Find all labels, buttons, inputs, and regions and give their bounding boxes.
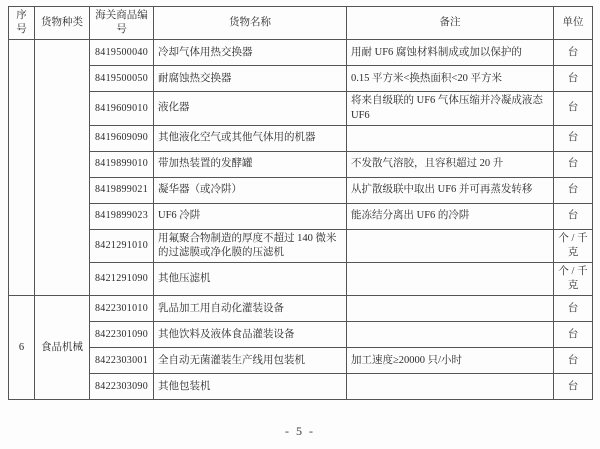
code-cell: 8419609010 xyxy=(90,92,154,125)
page-number: - 5 - xyxy=(0,424,600,439)
table-row: 8421291090 其他压滤机 个 / 千克 xyxy=(9,263,593,296)
seq-cell: 6 xyxy=(9,296,35,400)
document-page: 序号 货物种类 海关商品编号 货物名称 备注 单位 8419500040 冷却气… xyxy=(0,0,600,449)
code-cell: 8422301010 xyxy=(90,296,154,322)
name-cell: UF6 冷阱 xyxy=(154,203,347,229)
name-cell: 带加热装置的发酵罐 xyxy=(154,151,347,177)
name-cell: 乳品加工用自动化灌装设备 xyxy=(154,296,347,322)
unit-cell: 台 xyxy=(554,66,593,92)
remark-cell xyxy=(347,263,554,296)
remark-cell: 加工速度≥20000 只/小时 xyxy=(347,348,554,374)
remark-cell xyxy=(347,296,554,322)
table-row: 8419609090 其他液化空气或其他气体用的机器 台 xyxy=(9,125,593,151)
code-cell: 8419899021 xyxy=(90,177,154,203)
header-customs-code: 海关商品编号 xyxy=(90,7,154,40)
unit-cell: 个 / 千克 xyxy=(554,229,593,262)
name-cell: 耐腐蚀热交换器 xyxy=(154,66,347,92)
name-cell: 液化器 xyxy=(154,92,347,125)
unit-cell: 台 xyxy=(554,374,593,400)
remark-cell: 0.15 平方米<换热面积<20 平方米 xyxy=(347,66,554,92)
remark-cell: 将来自级联的 UF6 气体压缩并冷凝成液态 UF6 xyxy=(347,92,554,125)
header-category: 货物种类 xyxy=(35,7,90,40)
name-cell: 冷却气体用热交换器 xyxy=(154,40,347,66)
name-cell: 其他饮料及液体食品灌装设备 xyxy=(154,322,347,348)
unit-cell: 台 xyxy=(554,40,593,66)
unit-cell: 台 xyxy=(554,296,593,322)
unit-cell: 台 xyxy=(554,177,593,203)
code-cell: 8421291090 xyxy=(90,263,154,296)
name-cell: 其他包装机 xyxy=(154,374,347,400)
unit-cell: 台 xyxy=(554,151,593,177)
table-row: 8419899010 带加热装置的发酵罐 不发散气溶胶，且容积超过 20 升 台 xyxy=(9,151,593,177)
name-cell: 凝华器（或冷阱） xyxy=(154,177,347,203)
code-cell: 8419500050 xyxy=(90,66,154,92)
name-cell: 其他压滤机 xyxy=(154,263,347,296)
unit-cell: 台 xyxy=(554,203,593,229)
table-row: 8419899021 凝华器（或冷阱） 从扩散级联中取出 UF6 并可再蒸发转移… xyxy=(9,177,593,203)
category-cell xyxy=(35,40,90,296)
table-row: 6 食品机械 8422301010 乳品加工用自动化灌装设备 台 xyxy=(9,296,593,322)
unit-cell: 台 xyxy=(554,125,593,151)
name-cell: 全自动无菌灌装生产线用包装机 xyxy=(154,348,347,374)
unit-cell: 台 xyxy=(554,348,593,374)
header-unit: 单位 xyxy=(554,7,593,40)
unit-cell: 台 xyxy=(554,322,593,348)
name-cell: 其他液化空气或其他气体用的机器 xyxy=(154,125,347,151)
remark-cell: 能冻结分离出 UF6 的冷阱 xyxy=(347,203,554,229)
table-row: 8422303001 全自动无菌灌装生产线用包装机 加工速度≥20000 只/小… xyxy=(9,348,593,374)
table-row: 8419500050 耐腐蚀热交换器 0.15 平方米<换热面积<20 平方米 … xyxy=(9,66,593,92)
remark-cell: 不发散气溶胶，且容积超过 20 升 xyxy=(347,151,554,177)
code-cell: 8422303090 xyxy=(90,374,154,400)
remark-cell: 用耐 UF6 腐蚀材料制成或加以保护的 xyxy=(347,40,554,66)
table-row: 8422301090 其他饮料及液体食品灌装设备 台 xyxy=(9,322,593,348)
remark-cell: 从扩散级联中取出 UF6 并可再蒸发转移 xyxy=(347,177,554,203)
code-cell: 8422303001 xyxy=(90,348,154,374)
table-row: 8421291010 用氟聚合物制造的厚度不超过 140 微米的过滤膜或净化膜的… xyxy=(9,229,593,262)
code-cell: 8422301090 xyxy=(90,322,154,348)
code-cell: 8421291010 xyxy=(90,229,154,262)
seq-cell xyxy=(9,40,35,296)
table-row: 8419609010 液化器 将来自级联的 UF6 气体压缩并冷凝成液态 UF6… xyxy=(9,92,593,125)
header-row: 序号 货物种类 海关商品编号 货物名称 备注 单位 xyxy=(9,7,593,40)
code-cell: 8419899023 xyxy=(90,203,154,229)
table-row: 8419500040 冷却气体用热交换器 用耐 UF6 腐蚀材料制成或加以保护的… xyxy=(9,40,593,66)
table-row: 8419899023 UF6 冷阱 能冻结分离出 UF6 的冷阱 台 xyxy=(9,203,593,229)
remark-cell xyxy=(347,229,554,262)
header-goods-name: 货物名称 xyxy=(154,7,347,40)
table-row: 8422303090 其他包装机 台 xyxy=(9,374,593,400)
goods-table: 序号 货物种类 海关商品编号 货物名称 备注 单位 8419500040 冷却气… xyxy=(8,6,593,400)
code-cell: 8419609090 xyxy=(90,125,154,151)
name-cell: 用氟聚合物制造的厚度不超过 140 微米的过滤膜或净化膜的压滤机 xyxy=(154,229,347,262)
header-seq: 序号 xyxy=(9,7,35,40)
category-cell: 食品机械 xyxy=(35,296,90,400)
remark-cell xyxy=(347,125,554,151)
header-remark: 备注 xyxy=(347,7,554,40)
remark-cell xyxy=(347,322,554,348)
unit-cell: 台 xyxy=(554,92,593,125)
code-cell: 8419899010 xyxy=(90,151,154,177)
remark-cell xyxy=(347,374,554,400)
code-cell: 8419500040 xyxy=(90,40,154,66)
unit-cell: 个 / 千克 xyxy=(554,263,593,296)
